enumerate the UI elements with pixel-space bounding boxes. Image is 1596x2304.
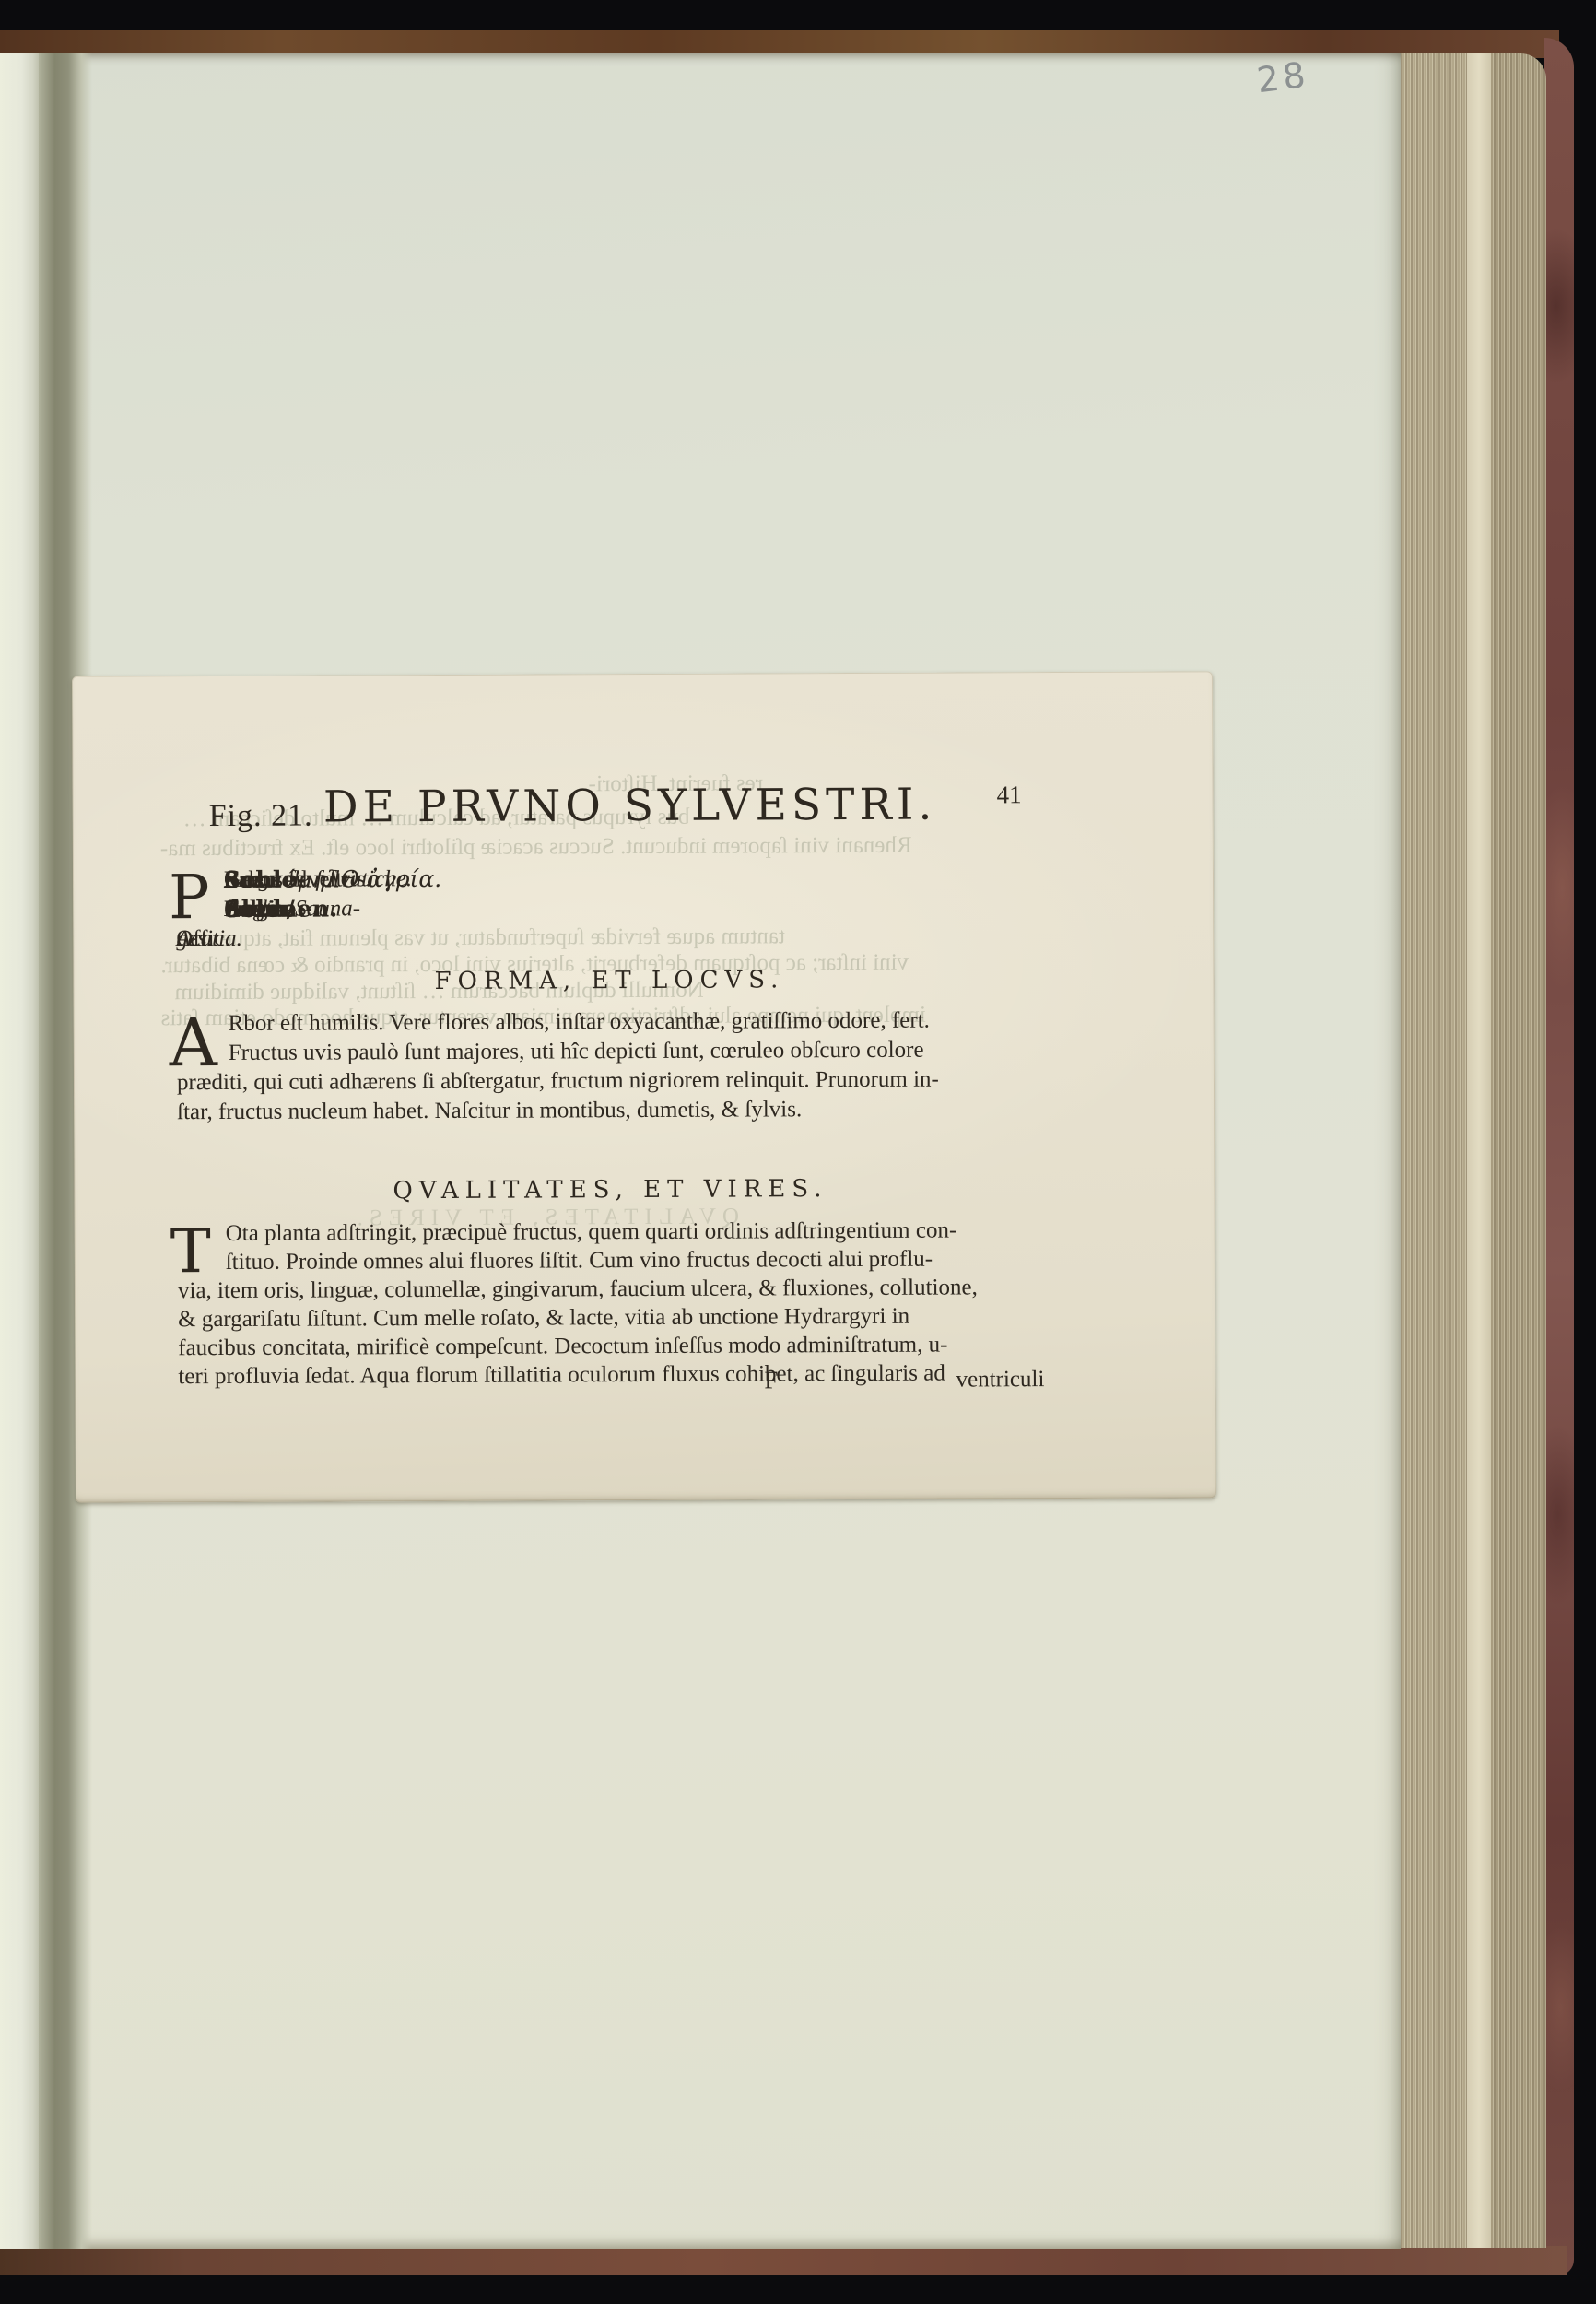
- signature-row: F ventriculi: [178, 1365, 1044, 1400]
- paragraph-prunus-names: P Runus ſilveſtris. Græ. κοκκύμηλΘ ἀγρία…: [176, 862, 1042, 954]
- signature-mark: F: [764, 1366, 778, 1395]
- showthrough-line: Rhenani vini ſaporem inducunt. Succus ac…: [160, 833, 912, 863]
- text-line: ges. Offic. Acatia.: [176, 921, 1042, 954]
- text-line: Runus ſilveſtris. Græ. κοκκύμηλΘ ἀγρία. …: [176, 862, 1042, 895]
- cover-right-edge: [1544, 38, 1574, 2275]
- text-line: ſtar, fructus nucleum habet. Naſcitur in…: [177, 1094, 1043, 1127]
- text-line: præditi, qui cuti adhærens ſi abſtergatu…: [177, 1064, 1043, 1098]
- pasted-printed-leaf: res fuerint. Hiſtori- bus ſyrupus paratu…: [72, 671, 1216, 1502]
- text-line: dorn/ Fructus Schleen. Boh. Truki. Belg.…: [176, 891, 1042, 924]
- catchword: ventriculi: [956, 1367, 1045, 1393]
- cover-bottom-edge: [0, 2246, 1567, 2275]
- text-line: Rbor eſt humilis. Vere flores albos, inſ…: [177, 1005, 1043, 1039]
- fore-edge-page-block: [1397, 53, 1546, 2248]
- section-heading-forma: FORMA, ET LOCVS.: [176, 965, 1042, 996]
- previous-page-edge: [0, 53, 39, 2249]
- book-photograph: 28 res fuerint. Hiſtori- bus ſyrupus par…: [0, 0, 1596, 2304]
- fore-edge-inserted-leaf-band: [1467, 53, 1491, 2248]
- text-line: via, item oris, linguæ, columellæ, gingi…: [178, 1273, 1044, 1305]
- fore-edge-band-inner: [1491, 53, 1546, 2248]
- printed-page-number: 41: [957, 781, 1022, 809]
- text-line: Fructus uvis paulò ſunt majores, uti hîc…: [177, 1035, 1043, 1068]
- text-line: & gargariſatu ſiſtunt. Cum melle roſato,…: [178, 1301, 1044, 1334]
- pencil-folio-number: 28: [1255, 54, 1311, 101]
- text-line: ſtituo. Proinde omnes alui fluores ſiſti…: [178, 1244, 1044, 1276]
- text-line: faucibus concitata, mirificè compeſcunt.…: [178, 1330, 1044, 1362]
- page-title: DE PRVNO SYLVESTRI.: [248, 779, 1013, 833]
- fore-edge-band-outer: [1397, 53, 1467, 2248]
- section-heading-qualitates: QVALITATES, ET VIRES.: [177, 1174, 1043, 1205]
- text-line: Ota planta adſtringit, præcipuè fructus,…: [178, 1216, 1044, 1248]
- paragraph-forma: A Rbor eſt humilis. Vere flores albos, i…: [177, 1005, 1044, 1127]
- paragraph-qualitates: T Ota planta adſtringit, præcipuè fructu…: [178, 1216, 1045, 1391]
